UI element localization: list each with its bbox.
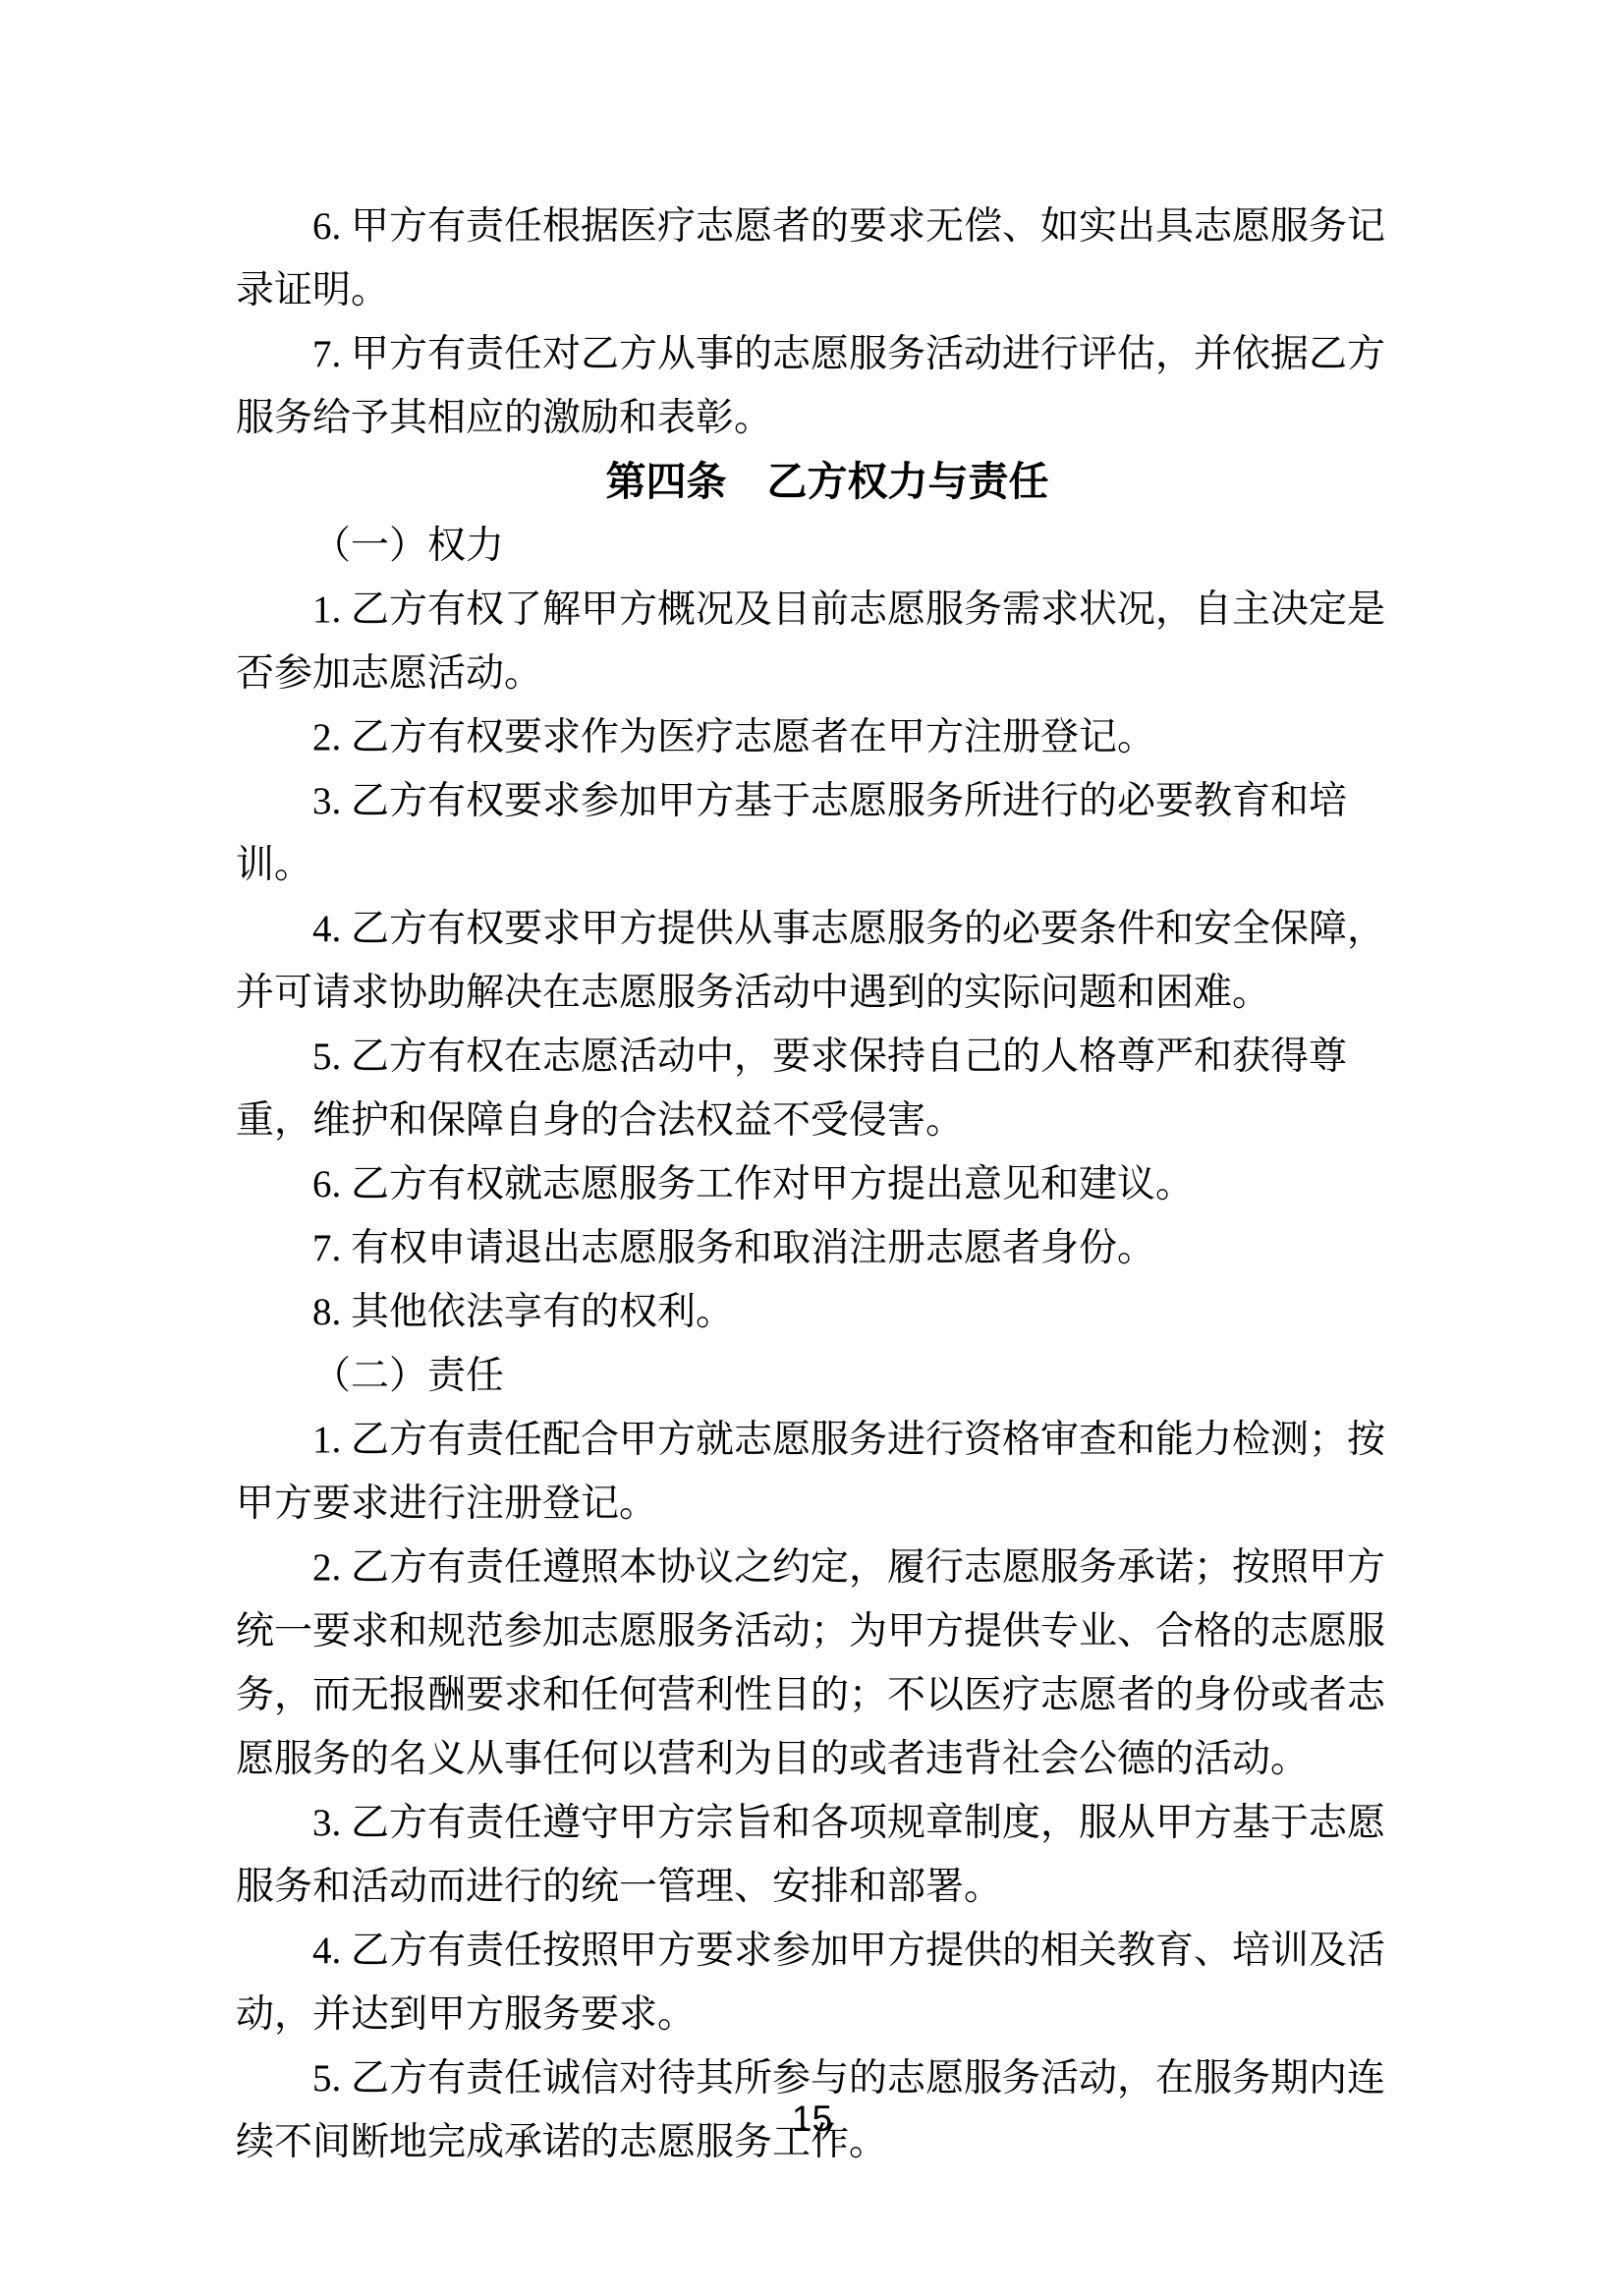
paragraph: 2. 乙方有权要求作为医疗志愿者在甲方注册登记。 — [236, 705, 1419, 769]
paragraph: 4. 乙方有权要求甲方提供从事志愿服务的必要条件和安全保障，并可请求协助解决在志… — [236, 897, 1419, 1025]
section-heading: 第四条 乙方权力与责任 — [236, 450, 1419, 514]
paragraph: （二）责任 — [236, 1344, 1419, 1408]
paragraph: 8. 其他依法享有的权利。 — [236, 1280, 1419, 1344]
paragraph: 7. 甲方有责任对乙方从事的志愿服务活动进行评估，并依据乙方服务给予其相应的激励… — [236, 322, 1419, 450]
paragraph: 5. 乙方有权在志愿活动中，要求保持自己的人格尊严和获得尊重，维护和保障自身的合… — [236, 1025, 1419, 1152]
paragraph: 4. 乙方有责任按照甲方要求参加甲方提供的相关教育、培训及活动，并达到甲方服务要… — [236, 1919, 1419, 2046]
paragraph: 3. 乙方有权要求参加甲方基于志愿服务所进行的必要教育和培训。 — [236, 769, 1419, 897]
page-number: 15 — [0, 2100, 1624, 2139]
paragraph: （一）权力 — [236, 514, 1419, 578]
paragraph: 6. 乙方有权就志愿服务工作对甲方提出意见和建议。 — [236, 1152, 1419, 1216]
paragraph: 2. 乙方有责任遵照本协议之约定，履行志愿服务承诺；按照甲方统一要求和规范参加志… — [236, 1536, 1419, 1791]
document-body: 6. 甲方有责任根据医疗志愿者的要求无偿、如实出具志愿服务记录证明。7. 甲方有… — [236, 195, 1419, 2174]
paragraph: 1. 乙方有权了解甲方概况及目前志愿服务需求状况，自主决定是否参加志愿活动。 — [236, 578, 1419, 705]
paragraph: 3. 乙方有责任遵守甲方宗旨和各项规章制度，服从甲方基于志愿服务和活动而进行的统… — [236, 1791, 1419, 1919]
paragraph: 6. 甲方有责任根据医疗志愿者的要求无偿、如实出具志愿服务记录证明。 — [236, 195, 1419, 322]
paragraph: 1. 乙方有责任配合甲方就志愿服务进行资格审查和能力检测；按甲方要求进行注册登记… — [236, 1408, 1419, 1536]
paragraph: 7. 有权申请退出志愿服务和取消注册志愿者身份。 — [236, 1216, 1419, 1280]
